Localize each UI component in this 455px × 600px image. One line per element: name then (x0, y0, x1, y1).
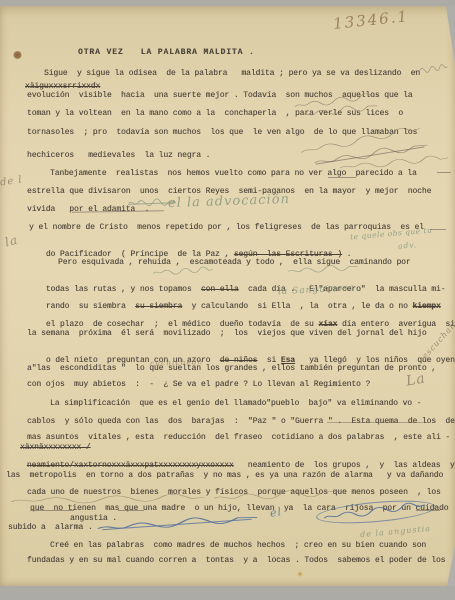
struck-text: kiempx (413, 302, 441, 311)
strikethrough-mark (328, 177, 356, 178)
handwritten-annotation-el: el (269, 505, 283, 520)
typed-text-segment: el plazo de cosechar ; el médico dueño t… (46, 320, 319, 329)
strikethrough-mark (118, 510, 144, 511)
typed-text-segment: neamiento de los grupos , y las aldeas y (234, 461, 455, 470)
struck-text: xäxnäxxxxxxxx / (20, 443, 91, 452)
typed-line: angustia . (70, 514, 117, 523)
handwritten-annotation-la: La (405, 370, 427, 389)
page-title: OTRA VEZ LA PALABRA MALDITA . (78, 48, 255, 57)
handwritten-annotation-cuchichean: cuchichean (150, 357, 204, 368)
struck-text: xíax (318, 320, 337, 329)
typed-line: Creé en las palabras como madres de much… (50, 541, 426, 550)
typed-line: a"las escondiditas " lo que sueltan los … (27, 364, 436, 373)
typed-line: hechiceros medievales la luz negra . (27, 151, 210, 160)
ink-stain (13, 51, 22, 59)
typed-line: Tanbejamente realistas nos hemos vuelto … (50, 169, 417, 178)
typed-line: xäiguxxxsrrixxdx (25, 82, 100, 91)
typed-text-segment: día entero averigua si en (337, 320, 455, 329)
typed-line: fundadas y en su mal cuando corren a ton… (27, 556, 445, 565)
strikethrough-mark (437, 172, 451, 173)
typed-line: con ojos muy abietos : - ¿ Se va el padr… (27, 380, 370, 389)
strikethrough-mark (327, 422, 427, 423)
typed-text-segment: rando su siembra (46, 302, 135, 311)
typed-line: Sigue y sigue la odisea de la palabra ma… (44, 69, 420, 78)
strikethrough-mark (416, 510, 440, 511)
struck-text: xäiguxxxsrrixxdx (25, 82, 100, 91)
typed-line: xäxnäxxxxxxxx / (20, 443, 91, 452)
typed-line: La simplificación que es el genio del ll… (50, 399, 421, 408)
paper-stain (297, 571, 303, 577)
document-photo: 13346.1 OTRA VEZ LA PALABRA MALDITA . Si… (0, 0, 455, 600)
handwritten-annotation-margin-green-2: adv. (398, 240, 418, 250)
strikethrough-mark (430, 229, 446, 230)
typed-text-segment: y calculando si Ella , la otra , le da o… (182, 302, 412, 311)
typed-line: la semana próxima él será movilizado ; l… (27, 329, 427, 338)
struck-text: neamiento/xaxtornoxxxäxxxpatxxxxxxxxyxxo… (27, 461, 234, 470)
struck-text: su siembra (135, 302, 182, 311)
typed-line: subido a alarma . (8, 523, 93, 532)
typed-line: mas asuntos vitales , esta reducción del… (27, 433, 450, 442)
typed-line: las metropolis en torno a dos patrañas y… (6, 471, 443, 480)
strikethrough-mark (30, 510, 74, 511)
